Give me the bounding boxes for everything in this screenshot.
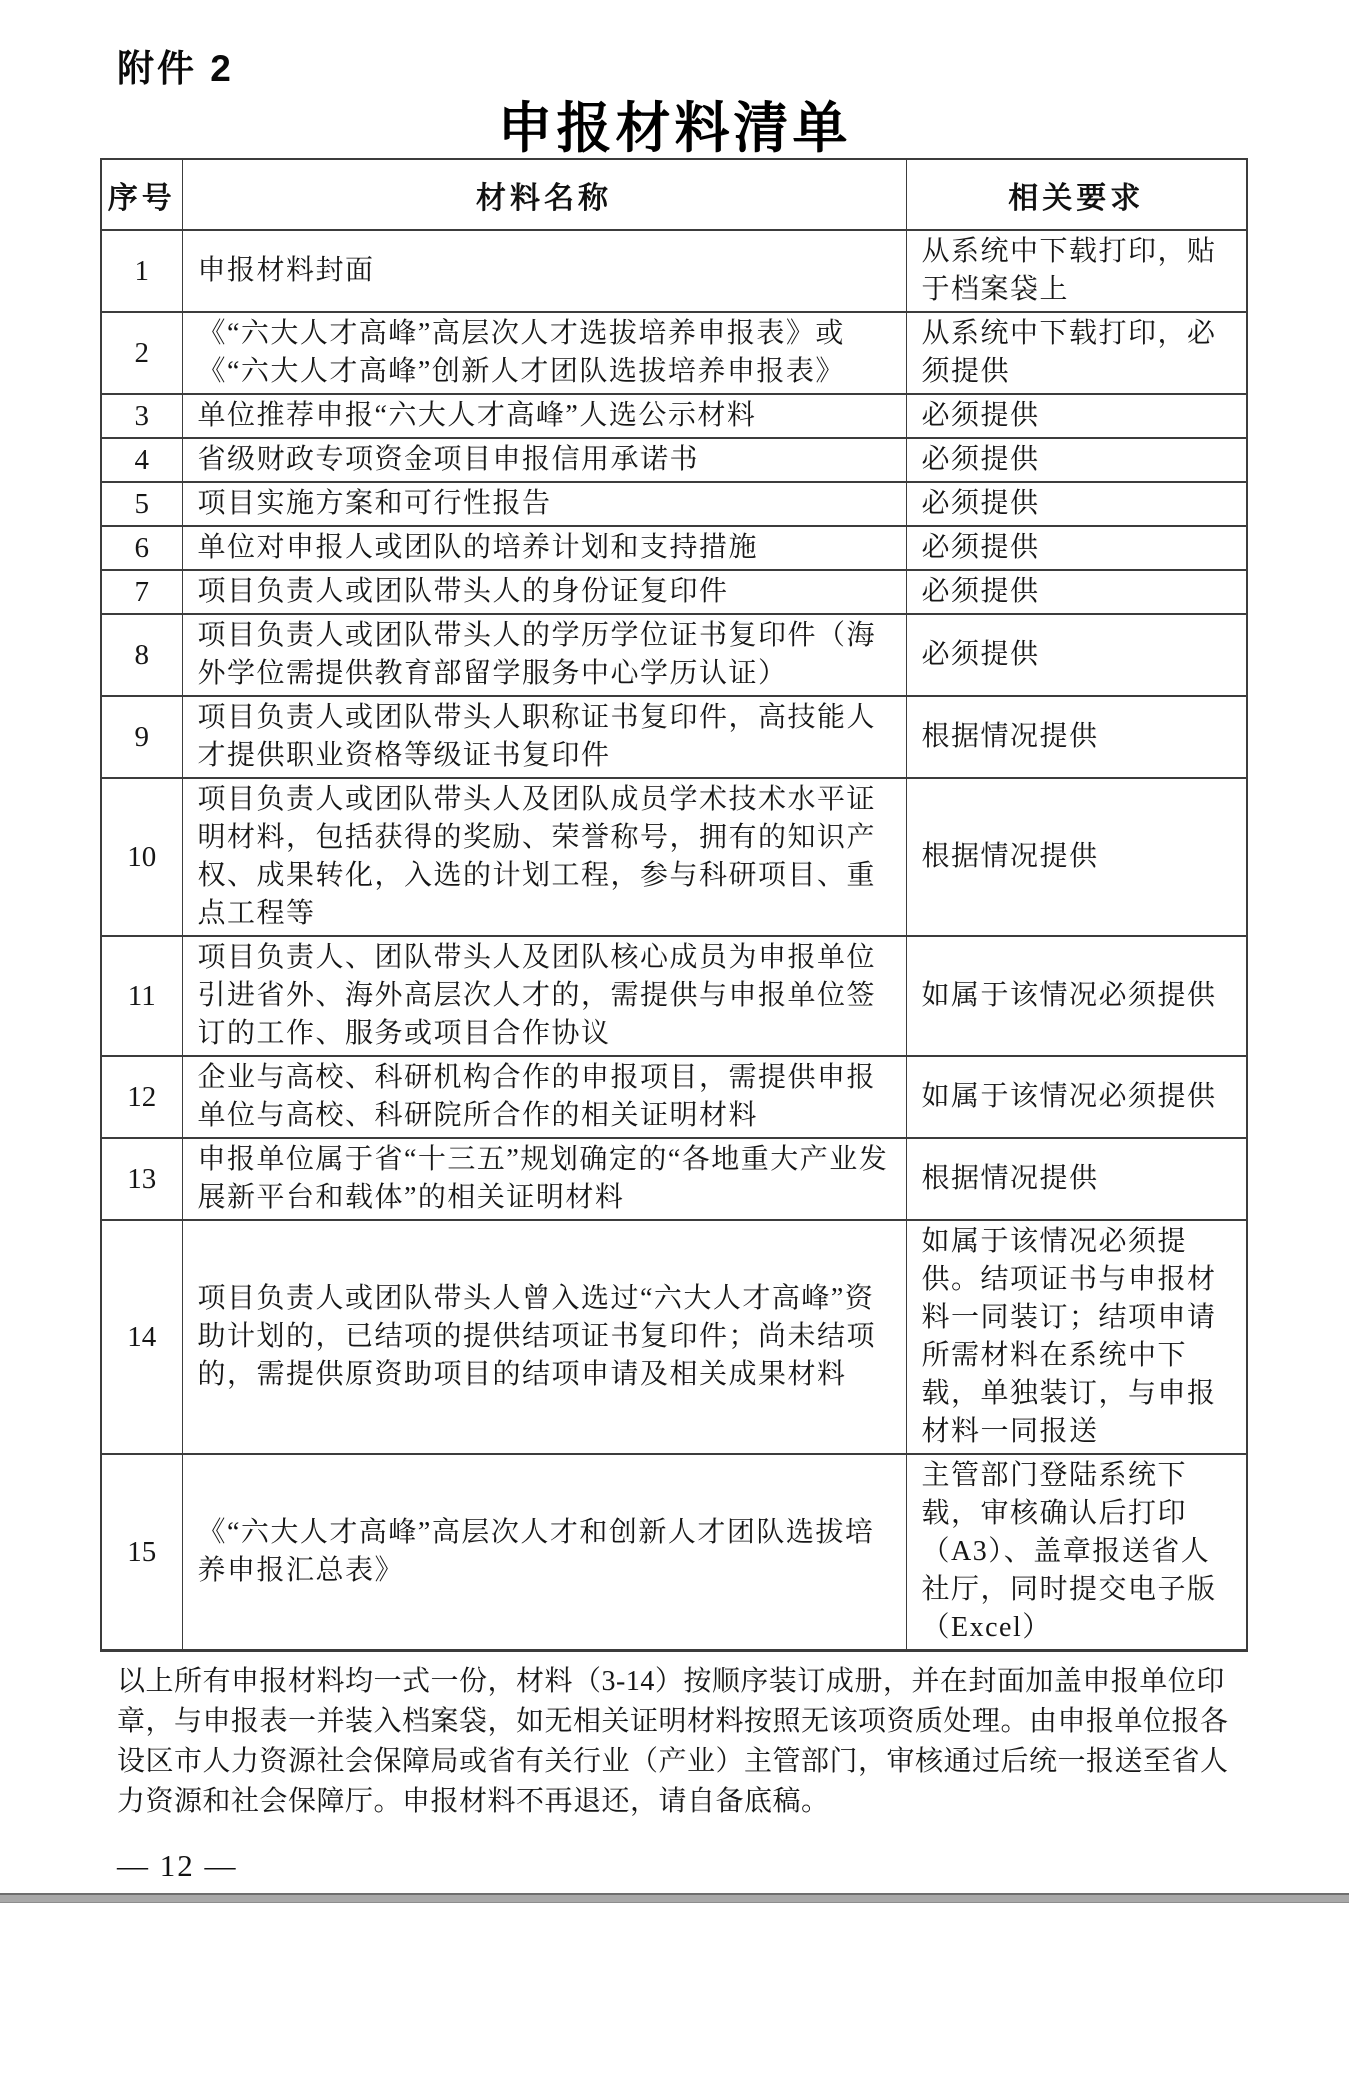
material-name-cell: 单位推荐申报“六大人才高峰”人选公示材料 — [182, 394, 906, 438]
material-name-cell: 项目实施方案和可行性报告 — [182, 482, 906, 526]
document-title: 申报材料清单 — [0, 84, 1349, 163]
requirement-cell: 如属于该情况必须提供 — [906, 1056, 1247, 1138]
table-row: 9项目负责人或团队带头人职称证书复印件，高技能人才提供职业资格等级证书复印件根据… — [101, 696, 1247, 778]
material-name-cell: 申报材料封面 — [182, 230, 906, 312]
row-number-cell: 13 — [101, 1138, 182, 1220]
row-number-cell: 6 — [101, 526, 182, 570]
table-row: 13申报单位属于省“十三五”规划确定的“各地重大产业发展新平台和载体”的相关证明… — [101, 1138, 1247, 1220]
material-name-cell: 申报单位属于省“十三五”规划确定的“各地重大产业发展新平台和载体”的相关证明材料 — [182, 1138, 906, 1220]
table-row: 3单位推荐申报“六大人才高峰”人选公示材料必须提供 — [101, 394, 1247, 438]
material-name-cell: 项目负责人或团队带头人及团队成员学术技术水平证明材料，包括获得的奖励、荣誉称号，… — [182, 778, 906, 936]
requirement-cell: 必须提供 — [906, 438, 1247, 482]
bottom-divider-bar — [0, 1893, 1349, 1903]
row-number-cell: 15 — [101, 1454, 182, 1651]
row-number-cell: 12 — [101, 1056, 182, 1138]
table-row: 11项目负责人、团队带头人及团队核心成员为申报单位引进省外、海外高层次人才的，需… — [101, 936, 1247, 1056]
requirement-cell: 根据情况提供 — [906, 696, 1247, 778]
material-name-cell: 项目负责人或团队带头人曾入选过“六大人才高峰”资助计划的，已结项的提供结项证书复… — [182, 1220, 906, 1454]
document-content: 序号 材料名称 相关要求 1申报材料封面从系统中下载打印，贴于档案袋上2《“六大… — [0, 158, 1349, 1884]
material-name-cell: 项目负责人或团队带头人的身份证复印件 — [182, 570, 906, 614]
requirement-cell: 根据情况提供 — [906, 1138, 1247, 1220]
table-row: 12企业与高校、科研机构合作的申报项目，需提供申报单位与高校、科研院所合作的相关… — [101, 1056, 1247, 1138]
row-number-cell: 10 — [101, 778, 182, 936]
row-number-cell: 5 — [101, 482, 182, 526]
row-number-cell: 2 — [101, 312, 182, 394]
table-row: 15《“六大人才高峰”高层次人才和创新人才团队选拔培养申报汇总表》主管部门登陆系… — [101, 1454, 1247, 1651]
table-row: 10项目负责人或团队带头人及团队成员学术技术水平证明材料，包括获得的奖励、荣誉称… — [101, 778, 1247, 936]
material-name-cell: 项目负责人或团队带头人的学历学位证书复印件（海外学位需提供教育部留学服务中心学历… — [182, 614, 906, 696]
table-row: 1申报材料封面从系统中下载打印，贴于档案袋上 — [101, 230, 1247, 312]
table-row: 5项目实施方案和可行性报告必须提供 — [101, 482, 1247, 526]
table-header-row: 序号 材料名称 相关要求 — [101, 159, 1247, 230]
requirement-cell: 从系统中下载打印，必须提供 — [906, 312, 1247, 394]
requirement-cell: 必须提供 — [906, 570, 1247, 614]
page-number: — 12 — — [117, 1848, 1349, 1884]
header-material-name: 材料名称 — [182, 159, 906, 230]
row-number-cell: 7 — [101, 570, 182, 614]
header-requirements: 相关要求 — [906, 159, 1247, 230]
material-name-cell: 项目负责人、团队带头人及团队核心成员为申报单位引进省外、海外高层次人才的，需提供… — [182, 936, 906, 1056]
requirement-cell: 如属于该情况必须提供 — [906, 936, 1247, 1056]
requirement-cell: 主管部门登陆系统下载，审核确认后打印（A3）、盖章报送省人社厅，同时提交电子版（… — [906, 1454, 1247, 1651]
requirement-cell: 必须提供 — [906, 526, 1247, 570]
row-number-cell: 8 — [101, 614, 182, 696]
row-number-cell: 14 — [101, 1220, 182, 1454]
row-number-cell: 9 — [101, 696, 182, 778]
table-row: 14项目负责人或团队带头人曾入选过“六大人才高峰”资助计划的，已结项的提供结项证… — [101, 1220, 1247, 1454]
table-row: 7项目负责人或团队带头人的身份证复印件必须提供 — [101, 570, 1247, 614]
table-row: 8项目负责人或团队带头人的学历学位证书复印件（海外学位需提供教育部留学服务中心学… — [101, 614, 1247, 696]
table-row: 4省级财政专项资金项目申报信用承诺书必须提供 — [101, 438, 1247, 482]
material-name-cell: 单位对申报人或团队的培养计划和支持措施 — [182, 526, 906, 570]
row-number-cell: 1 — [101, 230, 182, 312]
requirement-cell: 必须提供 — [906, 394, 1247, 438]
requirement-cell: 从系统中下载打印，贴于档案袋上 — [906, 230, 1247, 312]
table-row: 6单位对申报人或团队的培养计划和支持措施必须提供 — [101, 526, 1247, 570]
requirement-cell: 根据情况提供 — [906, 778, 1247, 936]
row-number-cell: 4 — [101, 438, 182, 482]
header-serial-number: 序号 — [101, 159, 182, 230]
requirement-cell: 必须提供 — [906, 482, 1247, 526]
row-number-cell: 11 — [101, 936, 182, 1056]
material-name-cell: 《“六大人才高峰”高层次人才和创新人才团队选拔培养申报汇总表》 — [182, 1454, 906, 1651]
table-body: 1申报材料封面从系统中下载打印，贴于档案袋上2《“六大人才高峰”高层次人才选拔培… — [101, 230, 1247, 1651]
requirement-cell: 如属于该情况必须提供。结项证书与申报材料一同装订；结项申请所需材料在系统中下载，… — [906, 1220, 1247, 1454]
materials-table: 序号 材料名称 相关要求 1申报材料封面从系统中下载打印，贴于档案袋上2《“六大… — [100, 158, 1248, 1652]
material-name-cell: 企业与高校、科研机构合作的申报项目，需提供申报单位与高校、科研院所合作的相关证明… — [182, 1056, 906, 1138]
row-number-cell: 3 — [101, 394, 182, 438]
footer-note: 以上所有申报材料均一式一份，材料（3-14）按顺序装订成册，并在封面加盖申报单位… — [117, 1662, 1239, 1822]
material-name-cell: 《“六大人才高峰”高层次人才选拔培养申报表》或《“六大人才高峰”创新人才团队选拔… — [182, 312, 906, 394]
material-name-cell: 项目负责人或团队带头人职称证书复印件，高技能人才提供职业资格等级证书复印件 — [182, 696, 906, 778]
table-row: 2《“六大人才高峰”高层次人才选拔培养申报表》或《“六大人才高峰”创新人才团队选… — [101, 312, 1247, 394]
material-name-cell: 省级财政专项资金项目申报信用承诺书 — [182, 438, 906, 482]
document-page: 附件 2 申报材料清单 序号 材料名称 相关要求 1申报材料封面从系统中下载打印… — [0, 0, 1349, 2077]
requirement-cell: 必须提供 — [906, 614, 1247, 696]
